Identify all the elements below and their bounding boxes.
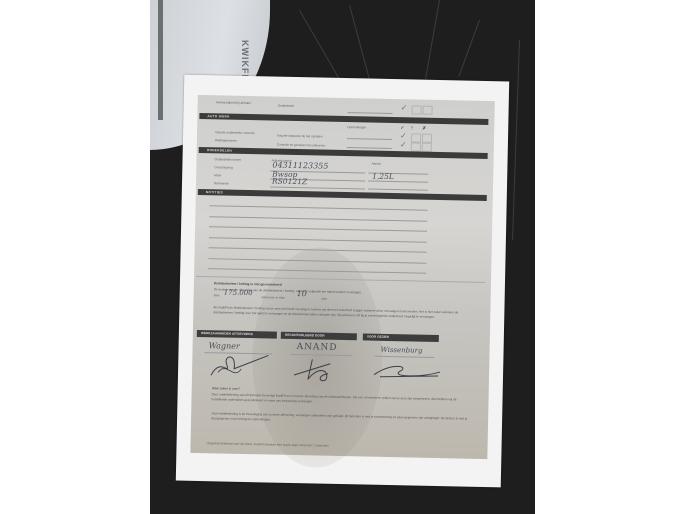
onderdelen-row-label: Merk [214,173,221,177]
printed-area: Aanwezigheid bij afhalen Onderdelen ✓ AU… [190,95,494,459]
distribution-title: Distributieriem / ketting is niet gecont… [214,281,282,286]
footer-question: Waar teken ik voor? [212,386,240,391]
years-label: jaar [322,297,327,301]
photo: KWIKFIT Aanwezigheid bij afhalen Onderde… [150,0,535,514]
onderdelen-line [270,186,365,189]
distribution-km-prefix: elke [214,293,220,297]
notes-line [209,237,427,243]
auto-werk-right-label: Opmerkingen [347,125,366,129]
auto-werk-row-middle: Controle en gemeten bij uitleveren [277,143,326,148]
auto-werk-row-label: Visuele onderdelen controle [215,130,255,135]
km-label: kilometer of elke [262,295,285,299]
check-icon: ✓ [400,140,407,149]
onderdelen-line [368,181,428,183]
check-icon: ✓ [401,103,408,112]
section-bar-notities: NOTITIES [198,189,487,201]
notes-line [209,216,427,222]
auto-werk-row-middle: Visuele inspectie bij het ophalen [277,134,323,139]
quantity-handwritten: 1,25L [372,172,394,181]
table-scratch [459,20,480,77]
signature-gecontroleerd [290,355,361,384]
years-value-handwritten: 10 [297,289,307,298]
reference-handwritten: RS0121Z [272,177,307,187]
onderdelen-row-label: Omschrijving [214,165,233,169]
checkbox[interactable] [423,106,433,115]
signature-voor-gezien [370,359,445,383]
sig-header-uitgevoerd: WERKZAAMHEDEN UITGEVOERD [197,330,277,339]
section-bar-onderdelen: ONDERDELEN [199,147,488,159]
onderdelen-header-label: Onderdeelnummer [214,157,241,162]
top-row-line [348,112,393,114]
signature-name-voor-gezien: Wissenburg [380,346,422,355]
auto-werk-row-label: Wielbalanceren [215,138,237,142]
sig-line [374,356,434,358]
checkbox[interactable] [422,134,432,143]
checkbox[interactable] [411,133,421,142]
onderdelen-line [368,189,428,191]
notes-line [210,205,428,211]
auto-werk-row-line [347,147,392,149]
checkbox[interactable] [411,142,421,151]
km-value-handwritten: 175.000 [224,289,253,298]
notes-line [209,226,427,232]
checkbox[interactable] [422,143,432,152]
onderdelen-row-label: Referentie [214,181,229,185]
signature-uitgevoerd [206,350,277,381]
checkbox[interactable] [412,105,422,114]
top-row-label: Aanwezigheid bij afhalen [216,100,251,105]
check-icon: ✓ [400,131,407,140]
table-scratch [425,0,440,79]
signature-name-gecontroleerd: ANAND [297,342,338,353]
auto-werk-row-line [347,138,392,140]
onderdelen-header-right: Aantal [371,162,380,166]
work-order-sheet: Aanwezigheid bij afhalen Onderdelen ✓ AU… [176,75,509,488]
col-header-cross: ✗ [422,126,426,132]
receipt-strip [158,0,163,120]
top-row-middle-label: Onderdelen [278,104,295,108]
table-scratch [512,40,520,240]
col-header-warn: ! [411,125,413,131]
section-bar-auto-werk: AUTO WERK [199,113,488,125]
